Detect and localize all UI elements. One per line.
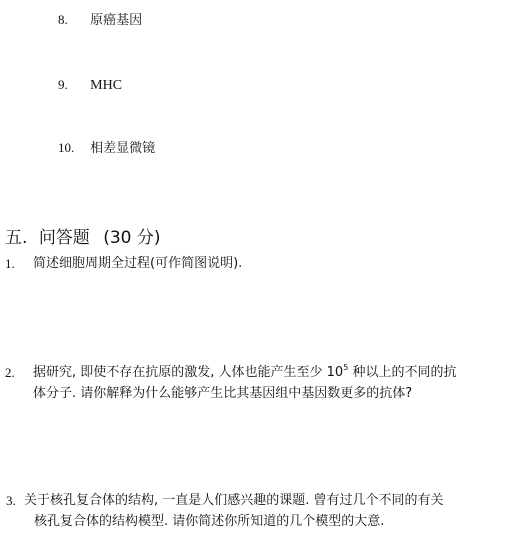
term-text: 原癌基因 [90,13,142,29]
question-2: 2. 据研究, 即使不存在抗原的激发, 人体也能产生至少 105 种以上的不同的… [5,362,456,404]
question-text-line: 据研究, 即使不存在抗原的激发, 人体也能产生至少 105 种以上的不同的抗 [5,362,456,383]
term-number: 9. [58,77,86,93]
question-1: 1. 简述细胞周期全过程(可作简图说明). [5,253,242,274]
section-heading: 五. 问答题 (30 分) [5,228,161,248]
question-number: 1. [5,253,15,274]
term-item-9: 9. MHC [58,77,122,94]
section-points: (30 分) [103,228,160,248]
question-text-part: 种以上的不同的抗 [348,365,456,380]
term-text: MHC [90,78,122,94]
question-text-line: 简述细胞周期全过程(可作简图说明). [5,253,242,274]
question-text-line: 体分子. 请你解释为什么能够产生比其基因组中基因数更多的抗体? [5,383,456,404]
question-3: 3. 关于核孔复合体的结构, 一直是人们感兴趣的课题. 曾有过几个不同的有关 核… [6,490,444,532]
question-text-line: 核孔复合体的结构模型. 请你简述你所知道的几个模型的大意. [6,511,444,532]
question-number: 3. [6,490,16,511]
term-text: 相差显微镜 [90,141,155,157]
section-title-text: 问答题 [39,228,90,248]
section-numeral: 五. [5,228,27,248]
term-item-10: 10. 相差显微镜 [58,140,155,157]
term-number: 10. [58,140,86,156]
term-item-8: 8. 原癌基因 [58,12,142,29]
exam-page: 8. 原癌基因 9. MHC 10. 相差显微镜 五. 问答题 (30 分) 1… [0,0,530,558]
term-number: 8. [58,12,86,28]
question-text-line: 关于核孔复合体的结构, 一直是人们感兴趣的课题. 曾有过几个不同的有关 [6,490,444,511]
question-text-part: 据研究, 即使不存在抗原的激发, 人体也能产生至少 10 [33,365,343,380]
question-number: 2. [5,362,15,383]
